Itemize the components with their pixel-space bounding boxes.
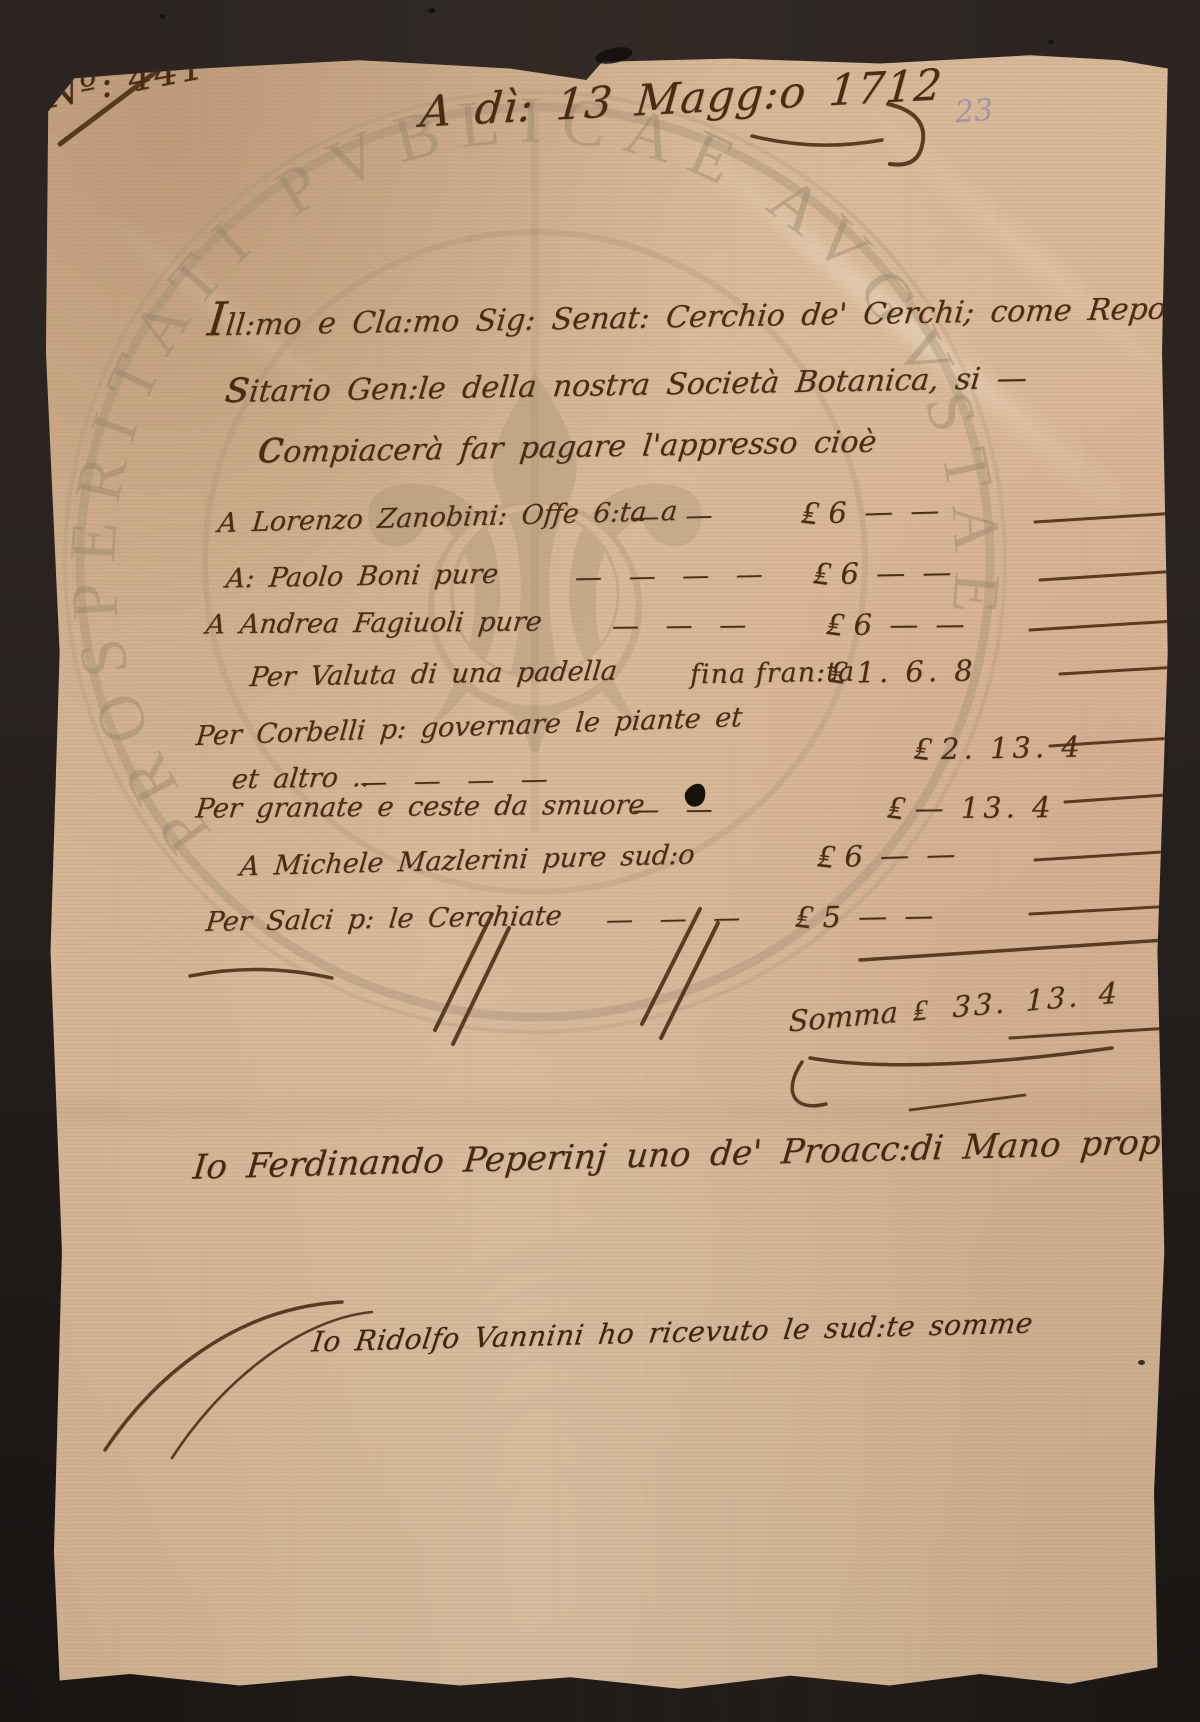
- entry-label: et altro ..: [230, 762, 371, 795]
- background-speck: [428, 8, 435, 13]
- entry-amount: 6 — —: [840, 555, 955, 591]
- entry-amount: 6 — —: [844, 837, 960, 874]
- entry-label: Per Valuta di una padella: [248, 656, 618, 693]
- somma-flourish: [792, 1062, 826, 1106]
- lira-sign: ₤: [800, 492, 821, 534]
- entry-amount-group: ₤6 — —: [817, 833, 959, 877]
- lira-sign: ₤: [812, 552, 833, 594]
- entry-label: Per granate e ceste da smuore: [194, 790, 646, 825]
- entry-amount: 6 — —: [853, 607, 968, 642]
- page-background: PROSPERITATI PVBLICAE AVGVSTAE ⚜: [0, 0, 1200, 1722]
- paper-speck: [1138, 1360, 1145, 1365]
- lira-sign: ₤: [885, 787, 907, 829]
- entry-amount: 2. 13. 4: [941, 730, 1084, 766]
- folio-number: 23: [954, 93, 995, 131]
- left-dash-stroke: [190, 969, 332, 978]
- entry-amount-group: ₤6 — —: [827, 603, 969, 644]
- entry-amount-group: ₤5 — —: [796, 894, 938, 936]
- entry-label: A Andrea Fagiuoli pure: [204, 606, 543, 640]
- entry-amount-group: ₤2. 13. 4: [914, 726, 1084, 769]
- entry-amount: — 13. 4: [914, 790, 1054, 825]
- heading-line: compiacerà far pagare l'appresso cioè: [255, 409, 880, 474]
- entry-dashes: — —: [632, 794, 722, 826]
- somma-underline: [810, 1048, 1112, 1065]
- superscript-stroke: [910, 1095, 1025, 1110]
- entry-label: Per Salci p: le Cerchiate: [204, 901, 563, 938]
- entry-amount-group: ₤1. 6. 8: [830, 649, 977, 692]
- lira-sign: ₤: [824, 603, 846, 645]
- date-underline: [752, 136, 882, 145]
- paper-sheet: PROSPERITATI PVBLICAE AVGVSTAE ⚜: [30, 52, 1170, 1702]
- entry-dashes: — — —: [612, 610, 755, 642]
- entry-amount-group: ₤6 — —: [801, 489, 943, 533]
- entry-label: A: Paolo Boni pure: [224, 559, 499, 595]
- entry-amount: 5 — —: [822, 898, 937, 934]
- lira-sign: ₤: [912, 728, 933, 770]
- entry-dashes: — — — —: [575, 559, 772, 593]
- entry-amount-group: ₤6 — —: [814, 551, 956, 593]
- entry-amount-group: ₤— 13. 4: [888, 786, 1055, 827]
- background-speck: [160, 14, 165, 19]
- background-speck: [1048, 40, 1054, 44]
- lira-sign: ₤: [913, 992, 928, 1027]
- entry-dashes: — — —: [606, 902, 750, 935]
- lira-sign: ₤: [794, 896, 815, 938]
- date-flourish: [888, 104, 923, 165]
- rule-line: [860, 940, 1165, 960]
- entry-dashes: — —: [632, 500, 722, 533]
- lira-sign: ₤: [816, 835, 837, 877]
- entry-amount: 1. 6. 8: [856, 653, 977, 689]
- entry-amount: 6 — —: [828, 493, 944, 530]
- lira-sign: ₤: [828, 651, 849, 693]
- signature-flourish: [105, 1302, 342, 1450]
